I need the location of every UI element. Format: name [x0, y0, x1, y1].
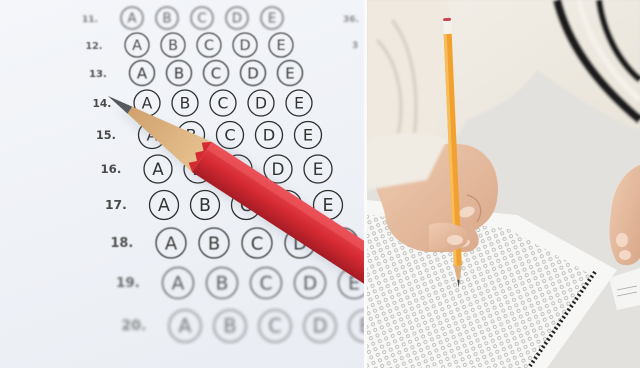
bubble-letter: A: [127, 12, 136, 27]
bubble-letter: A: [152, 159, 164, 179]
bubble-letter: B: [174, 64, 184, 82]
bubble-letter: B: [168, 38, 178, 54]
bubble-letter: B: [162, 12, 171, 27]
bubble-letter: C: [260, 274, 273, 295]
student-writing-illustration: [367, 0, 640, 368]
bubble-letter: A: [142, 94, 153, 112]
bubble-letter: E: [303, 126, 313, 145]
bubble-letter: D: [232, 12, 242, 27]
bubble-letter: C: [204, 38, 214, 54]
bubble-letter: E: [294, 94, 304, 112]
question-number: 13.: [89, 69, 107, 80]
bubble-letter: D: [303, 274, 317, 295]
question-number: 3: [352, 41, 358, 51]
bubble-letter: A: [137, 64, 148, 82]
bubble-letter: D: [247, 64, 259, 82]
bubble-letter: E: [313, 159, 324, 179]
bubble-letter: A: [178, 315, 191, 338]
bubble-letter: D: [313, 315, 328, 338]
bubble-letter: C: [251, 233, 264, 254]
question-number: 19.: [116, 276, 140, 291]
question-number: 18.: [111, 236, 134, 251]
question-number: 15.: [96, 129, 116, 142]
bubble-letter: C: [197, 12, 206, 27]
bubble-letter: D: [255, 94, 267, 112]
bubble-letter: D: [263, 126, 275, 145]
question-number: 14.: [93, 97, 112, 110]
question-number: 17.: [105, 198, 127, 212]
bubble-letter: E: [276, 38, 285, 54]
bubble-letter: C: [211, 64, 221, 82]
bubble-letter: B: [180, 94, 191, 112]
bubble-letter: C: [268, 315, 281, 338]
answer-sheet-illustration: 11.ABCDE12.ABCDE13.ABCDE14.ABCDE15.ABCDE…: [0, 0, 364, 368]
bubble-letter: A: [132, 38, 142, 54]
bubble-letter: A: [172, 274, 185, 295]
bubble-letter: A: [165, 233, 178, 254]
bubble-letter: E: [268, 12, 276, 27]
photo-collage: 11.ABCDE12.ABCDE13.ABCDE14.ABCDE15.ABCDE…: [0, 0, 640, 368]
question-number: 12.: [86, 41, 103, 52]
edge-question-numbers: 36.3: [343, 15, 359, 51]
answer-row: 19.ABCDE: [116, 268, 364, 299]
answer-row: 13.ABCDE: [89, 61, 303, 86]
question-number: 11.: [82, 15, 98, 25]
answer-row: 20.ABCDE: [122, 310, 365, 342]
question-number: 20.: [122, 318, 147, 334]
student-writing-photo: [367, 0, 640, 368]
bubble-letter: C: [218, 94, 229, 112]
answer-row: 12.ABCDE: [86, 33, 294, 57]
bubble-letter: A: [158, 196, 170, 216]
answer-row: 11.ABCDE: [82, 7, 283, 29]
bubble-letter: B: [216, 274, 229, 295]
bubble-letter: D: [239, 38, 250, 54]
bubble-letter: E: [285, 64, 294, 82]
bubble-letter: E: [359, 315, 364, 338]
bubble-letter: B: [223, 315, 236, 338]
question-number: 36.: [343, 15, 359, 25]
question-number: 16.: [101, 162, 122, 176]
bubble-letter: E: [323, 196, 334, 216]
bubble-letter: B: [199, 196, 211, 216]
bubble-letter: C: [224, 126, 235, 145]
answer-sheet-photo: 11.ABCDE12.ABCDE13.ABCDE14.ABCDE15.ABCDE…: [0, 0, 364, 368]
bubble-letter: B: [208, 233, 220, 254]
bubble-letter: D: [272, 159, 285, 179]
